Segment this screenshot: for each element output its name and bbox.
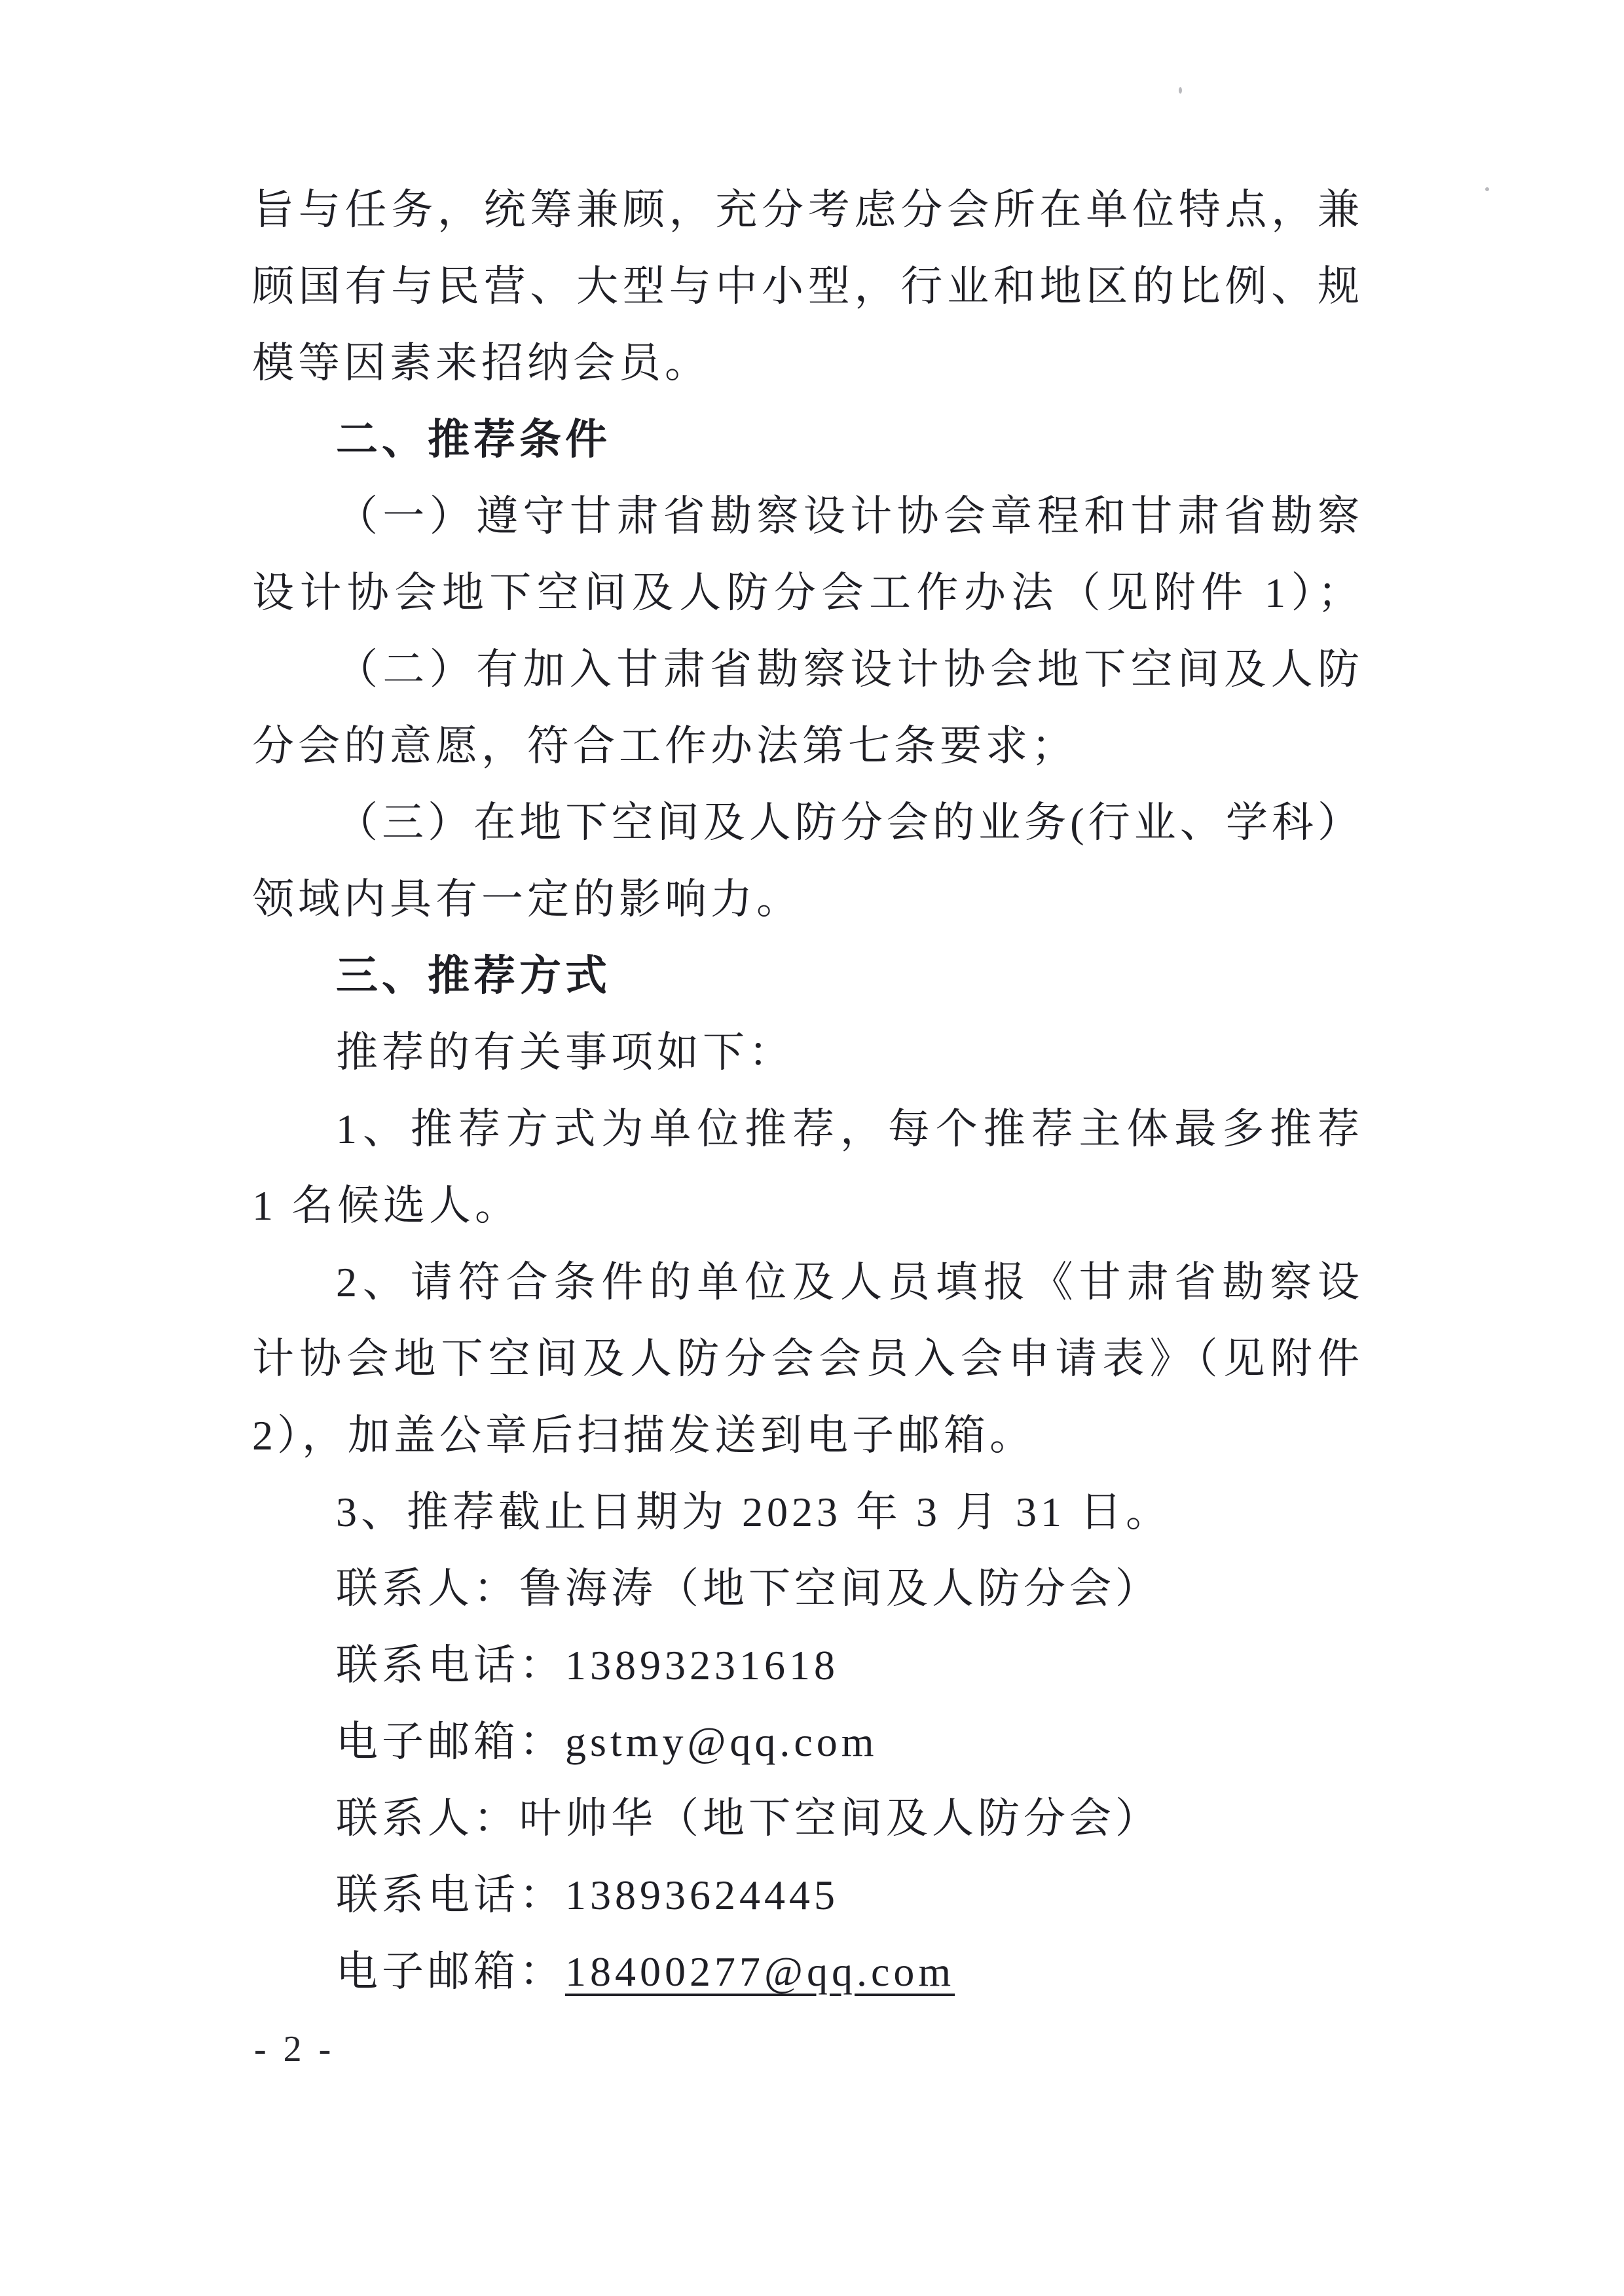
scan-speck bbox=[1485, 187, 1489, 191]
email-underline: 18400277@qq.com bbox=[565, 1948, 955, 1995]
document-page: 旨与任务，统筹兼顾，充分考虑分会所在单位特点，兼 顾国有与民营、大型与中小型，行… bbox=[0, 0, 1624, 2296]
contact-email: 电子邮箱：gstmy@qq.com bbox=[252, 1704, 1363, 1780]
text-line: 设计协会地下空间及人防分会工作办法（见附件 1）； bbox=[252, 555, 1363, 631]
section-heading: 二、推荐条件 bbox=[252, 401, 1363, 478]
document-body: 旨与任务，统筹兼顾，充分考虑分会所在单位特点，兼 顾国有与民营、大型与中小型，行… bbox=[252, 172, 1363, 2010]
text-line: 2、请符合条件的单位及人员填报《甘肃省勘察设 bbox=[252, 1244, 1363, 1321]
text-line: 计协会地下空间及人防分会会员入会申请表》（见附件 bbox=[252, 1321, 1363, 1397]
text-line: 1 名候选人。 bbox=[252, 1167, 1363, 1244]
text-line: 1、推荐方式为单位推荐，每个推荐主体最多推荐 bbox=[252, 1091, 1363, 1167]
text-line: 分会的意愿，符合工作办法第七条要求； bbox=[252, 708, 1363, 784]
text-line: 领域内具有一定的影响力。 bbox=[252, 861, 1363, 938]
text-line: 2），加盖公章后扫描发送到电子邮箱。 bbox=[252, 1397, 1363, 1474]
section-heading: 三、推荐方式 bbox=[252, 938, 1363, 1014]
contact-email: 电子邮箱：18400277@qq.com bbox=[252, 1933, 1363, 2010]
text-line: 模等因素来招纳会员。 bbox=[252, 325, 1363, 401]
text-line: （二）有加入甘肃省勘察设计协会地下空间及人防 bbox=[252, 631, 1363, 708]
text-line: 推荐的有关事项如下： bbox=[252, 1014, 1363, 1091]
deadline-line: 3、推荐截止日期为 2023 年 3 月 31 日。 bbox=[252, 1474, 1363, 1550]
text-line: （一）遵守甘肃省勘察设计协会章程和甘肃省勘察 bbox=[252, 478, 1363, 555]
contact-name: 联系人：叶帅华（地下空间及人防分会） bbox=[252, 1780, 1363, 1857]
text-line: 旨与任务，统筹兼顾，充分考虑分会所在单位特点，兼 bbox=[252, 172, 1363, 248]
page-number: - 2 - bbox=[254, 2024, 335, 2074]
scan-speck bbox=[1179, 87, 1182, 94]
contact-phone: 联系电话：13893231618 bbox=[252, 1627, 1363, 1704]
text-line: （三）在地下空间及人防分会的业务(行业、学科） bbox=[252, 784, 1363, 861]
text-line: 顾国有与民营、大型与中小型，行业和地区的比例、规 bbox=[252, 248, 1363, 325]
email-label: 电子邮箱： bbox=[336, 1948, 565, 1995]
contact-phone: 联系电话：13893624445 bbox=[252, 1857, 1363, 1933]
contact-name: 联系人：鲁海涛（地下空间及人防分会） bbox=[252, 1550, 1363, 1627]
